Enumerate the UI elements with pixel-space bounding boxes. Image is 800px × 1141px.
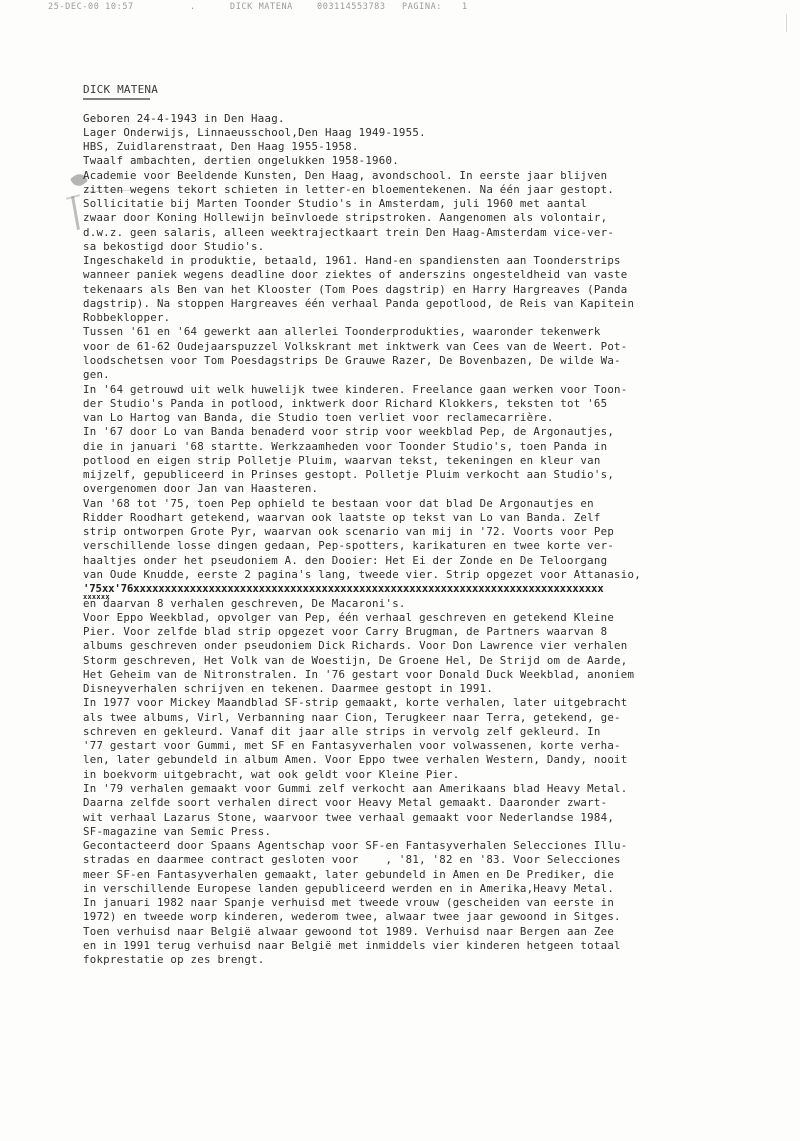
text-line: als twee albums, Virl, Verbanning naar C…	[83, 711, 800, 725]
text-line: In '79 verhalen gemaakt voor Gummi zelf …	[83, 782, 800, 796]
text-line: verschillende losse dingen gedaan, Pep-s…	[83, 539, 800, 553]
text-line: Ridder Roodhart getekend, waarvan ook la…	[83, 511, 800, 525]
text-line: In 1977 voor Mickey Maandblad SF-strip g…	[83, 696, 800, 710]
struck-out-line: xxxxxx	[83, 594, 800, 600]
fax-phone-number: 003114553783	[317, 2, 386, 12]
text-line: loodschetsen voor Tom Poesdagstrips De G…	[83, 354, 800, 368]
text-line: Het Geheim van de Nitronstralen. In '76 …	[83, 668, 800, 682]
document-body: Geboren 24-4-1943 in Den Haag.Lager Onde…	[83, 112, 800, 968]
text-line: d.w.z. geen salaris, alleen weektrajectk…	[83, 226, 800, 240]
text-line: haaltjes onder het pseudoniem A. den Doo…	[83, 554, 800, 568]
text-line: potlood en eigen strip Polletje Pluim, w…	[83, 454, 800, 468]
text-line: van Lo Hartog van Banda, die Studio toen…	[83, 411, 800, 425]
text-line: Gecontacteerd door Spaans Agentschap voo…	[83, 839, 800, 853]
fax-header: 25-DEC-00 10:57 . DICK MATENA 0031145537…	[0, 2, 800, 16]
text-line: gen.	[83, 368, 800, 382]
text-line: Storm geschreven, Het Volk van de Woesti…	[83, 654, 800, 668]
text-line: sa bekostigd door Studio's.	[83, 240, 800, 254]
text-line: van Oude Knudde, eerste 2 pagina's lang,…	[83, 568, 800, 582]
text-line: meer SF-en Fantasyverhalen gemaakt, late…	[83, 868, 800, 882]
text-line: schreven en gekleurd. Vanaf dit jaar all…	[83, 725, 800, 739]
text-line: Lager Onderwijs, Linnaeusschool,Den Haag…	[83, 126, 800, 140]
text-line: tekenaars als Ben van het Klooster (Tom …	[83, 283, 800, 297]
text-line: zitten wegens tekort schieten in letter-…	[83, 183, 800, 197]
text-line: Robbeklopper.	[83, 311, 800, 325]
text-line: fokprestatie op zes brengt.	[83, 953, 800, 967]
text-line: In januari 1982 naar Spanje verhuisd met…	[83, 896, 800, 910]
text-line: len, later gebundeld in album Amen. Voor…	[83, 753, 800, 767]
text-line: Disneyverhalen schrijven en tekenen. Daa…	[83, 682, 800, 696]
fax-separator: .	[190, 2, 196, 12]
text-line: wit verhaal Lazarus Stone, waarvoor twee…	[83, 811, 800, 825]
text-line: in verschillende Europese landen gepubli…	[83, 882, 800, 896]
fax-sender-name: DICK MATENA	[230, 2, 293, 12]
text-line: '77 gestart voor Gummi, met SF en Fantas…	[83, 739, 800, 753]
text-line: Tussen '61 en '64 gewerkt aan allerlei T…	[83, 325, 800, 339]
text-line: en in 1991 terug verhuisd naar België me…	[83, 939, 800, 953]
text-line: die in januari '68 startte. Werkzaamhede…	[83, 440, 800, 454]
text-line: Sollicitatie bij Marten Toonder Studio's…	[83, 197, 800, 211]
text-line: overgenomen door Jan van Haasteren.	[83, 482, 800, 496]
text-line: Twaalf ambachten, dertien ongelukken 195…	[83, 154, 800, 168]
text-line: Voor Eppo Weekblad, opvolger van Pep, éé…	[83, 611, 800, 625]
pencil-annotation-bar	[71, 196, 80, 230]
text-line: voor de 61-62 Oudejaarspuzzel Volkskrant…	[83, 340, 800, 354]
text-line: mijzelf, gepubliceerd in Prinses gestopt…	[83, 468, 800, 482]
text-line: Pier. Voor zelfde blad strip opgezet voo…	[83, 625, 800, 639]
text-line: HBS, Zuidlarenstraat, Den Haag 1955-1958…	[83, 140, 800, 154]
text-line: zwaar door Koning Hollewijn beïnvloede s…	[83, 211, 800, 225]
text-line: der Studio's Panda in potlood, inktwerk …	[83, 397, 800, 411]
text-line: wanneer paniek wegens deadline door ziek…	[83, 268, 800, 282]
page-edge-mark	[786, 14, 787, 32]
fax-date-time: 25-DEC-00 10:57	[48, 2, 134, 12]
text-line: SF-magazine van Semic Press.	[83, 825, 800, 839]
text-line: Toen verhuisd naar België alwaar gewoond…	[83, 925, 800, 939]
text-line: stradas en daarmee contract gesloten voo…	[83, 853, 800, 867]
text-line: Van '68 tot '75, toen Pep ophield te bes…	[83, 497, 800, 511]
text-line: Daarna zelfde soort verhalen direct voor…	[83, 796, 800, 810]
text-line: Ingeschakeld in produktie, betaald, 1961…	[83, 254, 800, 268]
text-line: In '64 getrouwd uit welk huwelijk twee k…	[83, 383, 800, 397]
document-title: DICK MATENA	[83, 83, 158, 96]
text-line: in boekvorm uitgebracht, wat ook geldt v…	[83, 768, 800, 782]
text-line: Academie voor Beeldende Kunsten, Den Haa…	[83, 169, 800, 183]
text-line: albums geschreven onder pseudoniem Dick …	[83, 639, 800, 653]
text-line: In '67 door Lo van Banda benaderd voor s…	[83, 425, 800, 439]
text-line: Geboren 24-4-1943 in Den Haag.	[83, 112, 800, 126]
text-line: strip ontworpen Grote Pyr, waarvan ook s…	[83, 525, 800, 539]
fax-page-number: 1	[462, 2, 468, 12]
fax-page-label: PAGINA:	[402, 2, 442, 12]
text-line: dagstrip). Na stoppen Hargreaves één ver…	[83, 297, 800, 311]
text-line: 1972) en tweede worp kinderen, wederom t…	[83, 910, 800, 924]
title-underline	[83, 98, 150, 100]
